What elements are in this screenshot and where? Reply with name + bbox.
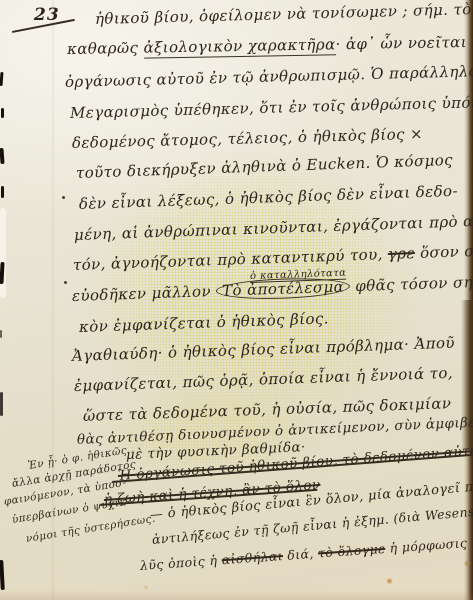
left-edge-mark xyxy=(0,560,5,590)
text-segment-strike: γρε xyxy=(388,244,416,263)
text-segment: εὐοδῆκεν μᾶλλον xyxy=(72,282,217,305)
text-segment: ὁ καταλληλότατα xyxy=(250,268,347,282)
text-segment: καθαρῶς xyxy=(67,39,144,58)
stain-spot xyxy=(464,560,471,567)
left-edge-mark xyxy=(0,72,3,86)
text-segment: · ἀφ᾽ ὧν νοεῖται αἱ xyxy=(335,33,473,54)
text-segment: κὸν ἐμφανίζεται ὁ ἠθικὸς βίος. xyxy=(79,309,329,336)
manuscript-line: δὲν εἶναι λέξεως, ὁ ἠθικὸς βίος δὲν εἶνα… xyxy=(79,182,459,213)
text-segment-u: ἀξιολογικὸν χαρακτῆρα xyxy=(143,35,335,58)
left-edge-mark xyxy=(0,392,3,416)
manuscript-line: μένη, αἱ ἀνθρώπιναι κινοῦνται, ἐργάζοντα… xyxy=(74,212,473,244)
left-edge-mark xyxy=(1,186,4,198)
manuscript-line: κὸν ἐμφανίζεται ὁ ἠθικὸς βίος. xyxy=(79,309,329,336)
text-segment: Μεγαρισμὸς ὑπέθηκεν, ὅτι ἐν τοῖς ἀνθρώπο… xyxy=(70,93,473,122)
stain-spot xyxy=(386,578,393,584)
text-segment: δὲν εἶναι λέξεως, ὁ ἠθικὸς βίος δὲν εἶνα… xyxy=(79,182,459,213)
text-segment: φθᾶς τόσον σημαντι- xyxy=(350,271,473,295)
text-segment: μένη, αἱ ἀνθρώπιναι κινοῦνται, ἐργάζοντα… xyxy=(74,212,473,244)
manuscript-line: δεδομένος ἄτομος, τέλειος, ὁ ἠθικὸς βίος… xyxy=(72,125,423,152)
text-segment: λῦς ὁποὶς ἡ xyxy=(139,552,222,573)
text-segment-strike: αἰσθήλαι xyxy=(221,548,283,567)
manuscript-line: Ἀγαθιαύδη· ὁ ἠθικὸς βίος εἶναι πρόβλημα·… xyxy=(72,334,455,365)
manuscript-line: καθαρῶς ἀξιολογικὸν χαρακτῆρα· ἀφ᾽ ὧν νο… xyxy=(67,33,473,58)
manuscript-line: ἐμφανίζεται, πῶς ὁρᾷ, ὁποία εἶναι ἡ ἔννο… xyxy=(74,364,454,395)
left-edge-tear xyxy=(0,208,6,298)
bottom-edge-shadow xyxy=(0,590,473,600)
text-segment: Ἀγαθιαύδη· ὁ ἠθικὸς βίος εἶναι πρόβλημα·… xyxy=(72,334,455,365)
manuscript-line: ἠθικοῦ βίου, ὀφείλομεν νὰ τονίσωμεν ; σή… xyxy=(95,0,473,28)
text-segment: ἡ μόρφωσις νέας xyxy=(385,532,473,555)
text-segment: ἠθικοῦ βίου, ὀφείλομεν νὰ τονίσωμεν ; σή… xyxy=(95,0,473,28)
manuscript-page: 23 ἠθικοῦ βίου, ὀφείλομεν νὰ τονίσωμεν ;… xyxy=(0,0,473,600)
manuscript-line: Μεγαρισμὸς ὑπέθηκεν, ὅτι ἐν τοῖς ἀνθρώπο… xyxy=(70,93,473,122)
ink-dot xyxy=(64,281,67,284)
ink-dot xyxy=(62,196,65,199)
manuscript-line: ὀργάνωσις αὐτοῦ ἐν τῷ ἀνθρωπισμῷ. Ὁ παρά… xyxy=(65,62,473,91)
text-segment: δεδομένος ἄτομος, τέλειος, ὁ ἠθικὸς βίος… xyxy=(72,125,423,152)
stain-spot xyxy=(143,585,149,590)
text-segment: ἐμφανίζεται, πῶς ὁρᾷ, ὁποία εἶναι ἡ ἔννο… xyxy=(74,364,454,395)
left-edge-mark xyxy=(0,148,5,164)
manuscript-line: τοῦτο διεκήρυξεν ἀληθινὰ ὁ Eucken. Ὁ κόσ… xyxy=(76,151,454,182)
left-edge-mark xyxy=(0,330,2,338)
left-edge-mark xyxy=(1,108,4,118)
text-segment: διά, xyxy=(282,546,318,563)
text-segment: ὅσον σε- xyxy=(415,241,473,262)
manuscript-line: τόν, ἀγνοήζονται πρὸ καταντικρύ του, γρε… xyxy=(73,241,473,274)
text-segment: τοῦτο διεκήρυξεν ἀληθινὰ ὁ Eucken. Ὁ κόσ… xyxy=(76,151,454,182)
text-segment-strike: τὸ ὅλογμε xyxy=(318,541,386,561)
text-segment: ὀργάνωσις αὐτοῦ ἐν τῷ ἀνθρωπισμῷ. Ὁ παρά… xyxy=(65,62,473,91)
